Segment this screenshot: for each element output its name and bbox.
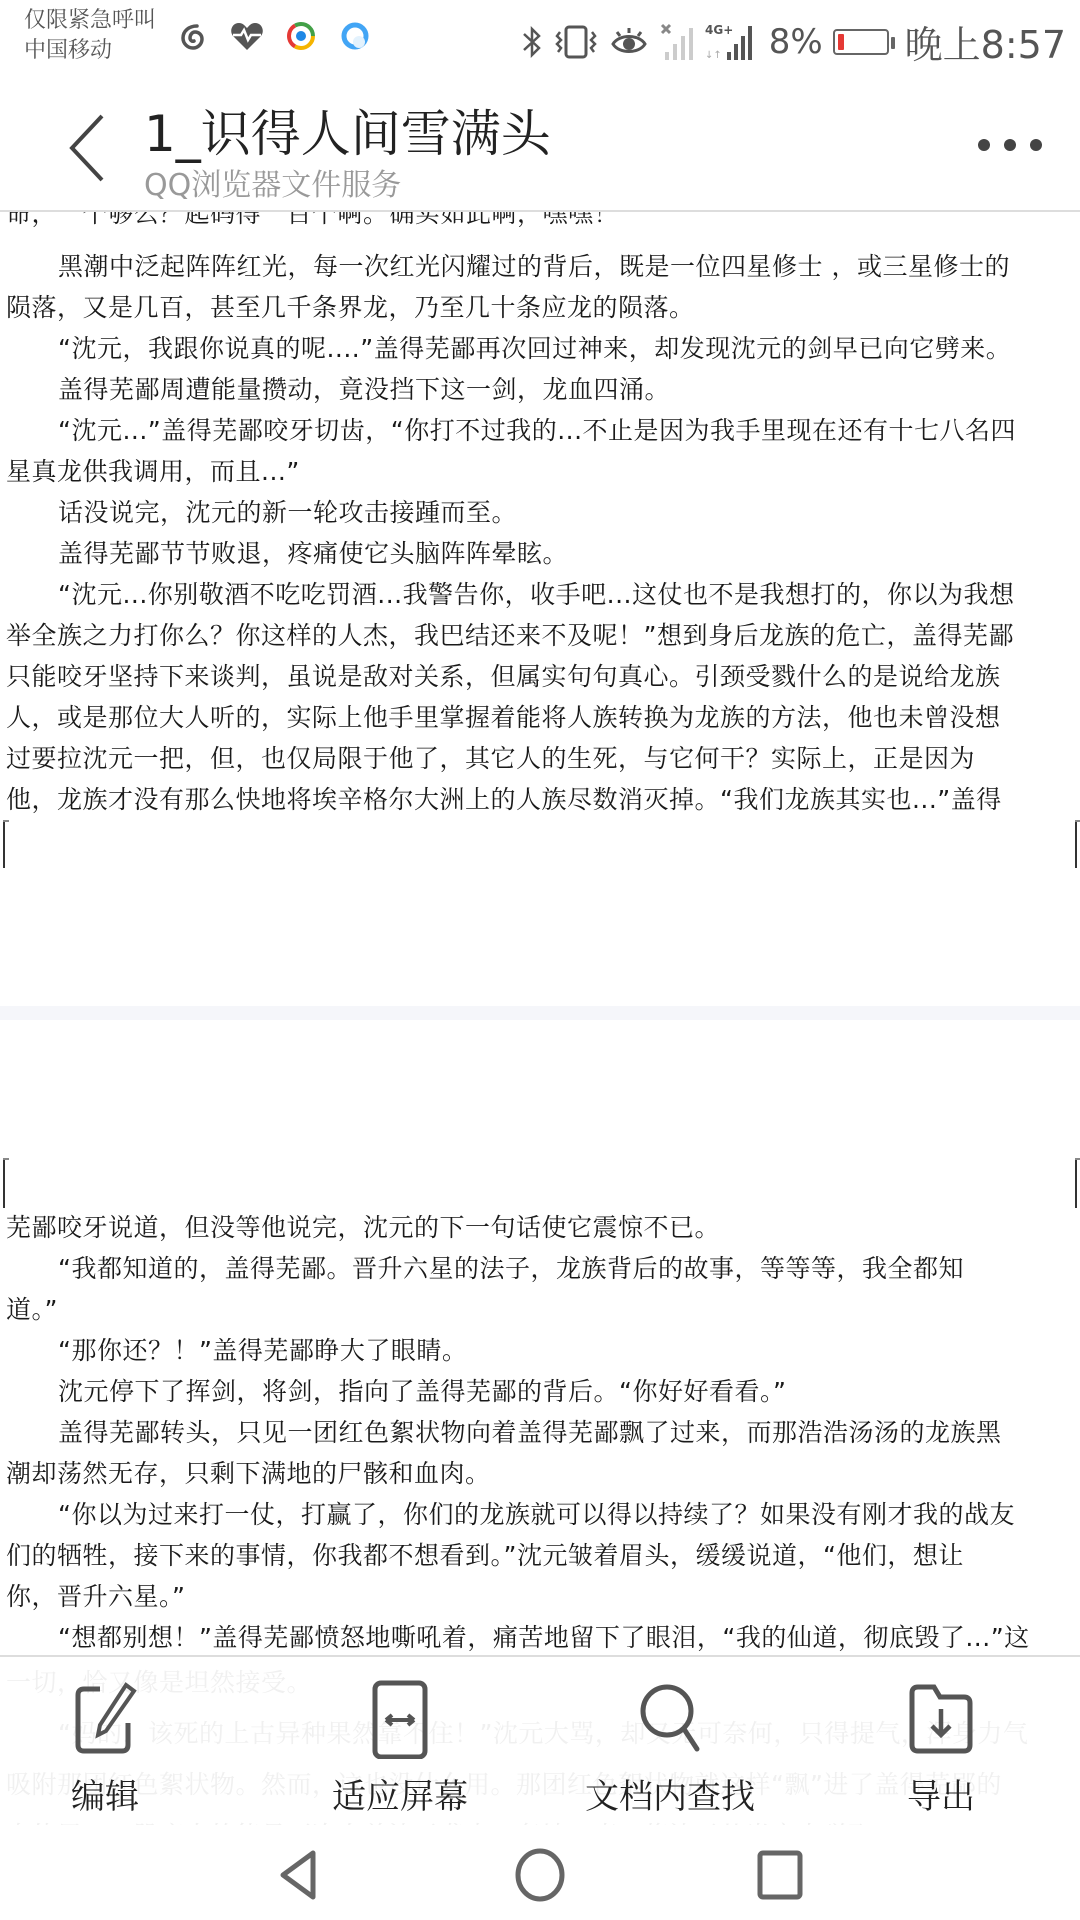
netease-music-icon (175, 18, 211, 54)
text-line: 沈元停下了挥剑，将剑，指向了盖得芜鄙的背后。“你好好看看。” (58, 1372, 786, 1412)
page-corner-mark (1075, 820, 1077, 868)
page-corner-mark (3, 1158, 5, 1208)
text-line: 盖得芜鄙转头，只见一团红色絮状物向着盖得芜鄙飘了过来，而那浩浩汤汤的龙族黑 (58, 1413, 1002, 1453)
text-line: 只能咬牙坚持下来谈判，虽说是敌对关系，但属实句句真心。引颈受戮什么的是说给龙族 (6, 657, 1001, 697)
text-line: 们的牺牲，接下来的事情，你我都不想看到。”沈元皱着眉头，缓缓说道，“他们，想让 (6, 1536, 964, 1576)
carrier-name: 中国移动 (24, 36, 156, 66)
nav-back-button[interactable] (270, 1845, 330, 1905)
text-line: “沈元...”盖得芜鄙咬牙切齿，“你打不过我的...不止是因为我手里现在还有十七… (58, 411, 1016, 451)
text-line: 他，龙族才没有那么快地将埃辛格尔大洲上的人族尽数消灭掉。“我们龙族其实也...”… (6, 780, 1002, 820)
page-corner-mark (3, 820, 5, 868)
battery-level (838, 34, 844, 50)
battery-icon (833, 29, 889, 55)
document-title: 1_识得人间雪满头 (144, 94, 551, 166)
edit-icon (70, 1679, 140, 1759)
text-line: 过要拉沈元一把，但，也仅局限于他了，其它人的生死，与它何干？实际上，正是因为 (6, 739, 975, 779)
find-in-document-label: 文档内查找 (585, 1769, 755, 1818)
text-line: 道。” (6, 1290, 58, 1330)
text-line: 潮却荡然无存，只剩下满地的尸骸和血肉。 (6, 1454, 491, 1494)
text-line: 盖得芜鄙周遭能量攒动，竟没挡下这一剑，龙血四涌。 (58, 370, 670, 410)
text-line: “想都别想！”盖得芜鄙愤怒地嘶吼着，痛苦地留下了眼泪，“我的仙道，彻底毁了...… (58, 1618, 1030, 1655)
search-icon (635, 1679, 705, 1759)
fit-screen-button[interactable]: 适应屏幕 (332, 1679, 468, 1818)
text-line: 人，或是那位大人听的，实际上他手里掌握着能将人族转换为龙族的方法，他也未曾没想 (6, 698, 1001, 738)
edit-label: 编辑 (71, 1769, 139, 1818)
vibrate-icon (553, 22, 599, 62)
qq-browser-icon (337, 18, 373, 54)
text-line: “沈元...你别敬酒不吃吃罚酒...我警告你，收手吧...这仗也不是我想打的，你… (58, 575, 1014, 615)
fit-screen-icon (370, 1679, 430, 1759)
text-line: 芜鄙咬牙说道，但没等他说完，沈元的下一句话使它震惊不已。 (6, 1208, 720, 1248)
recents-square-icon (752, 1847, 808, 1903)
document-source: QQ浏览器文件服务 (144, 160, 401, 204)
chevron-left-icon (62, 108, 112, 188)
battery-percent: 8% (769, 22, 823, 62)
more-dots-icon (978, 139, 990, 151)
nav-home-button[interactable] (510, 1845, 570, 1905)
back-button[interactable] (62, 108, 112, 188)
back-triangle-icon (275, 1847, 325, 1903)
more-options-button[interactable] (970, 130, 1050, 160)
notification-icons (175, 18, 373, 54)
eye-comfort-icon (609, 22, 649, 62)
more-dot (1030, 139, 1042, 151)
carrier-info: 仅限紧急呼叫 中国移动 (24, 6, 156, 66)
text-line: “我都知道的，盖得芜鄙。晋升六星的法子，龙族背后的故事，等等等，我全都知 (58, 1249, 964, 1289)
export-button[interactable]: 导出 (906, 1679, 976, 1818)
carrier-emergency-text: 仅限紧急呼叫 (24, 6, 156, 36)
export-icon (906, 1679, 976, 1759)
obscured-text-line: 一切，恰又像是坦然接受。 (6, 1663, 312, 1703)
health-icon (229, 18, 265, 54)
nav-recents-button[interactable] (750, 1845, 810, 1905)
document-viewer[interactable]: 命，一个够么？起码得一百个啊。”确实如此啊，嘿嘿！黑潮中泛起阵阵红光，每一次红光… (0, 212, 1080, 1655)
no-signal-icon (659, 22, 695, 62)
4g-plus-signal-icon: 4G+↓↑ (705, 22, 759, 62)
obscured-text-line: “妈的，该死的上古异种果然靠不住！”沈元大骂，却又无可奈何，只得提气，浑身力气 (58, 1714, 1028, 1754)
bottom-toolbar: 一切，恰又像是坦然接受。“妈的，该死的上古异种果然靠不住！”沈元大骂，却又无可奈… (0, 1655, 1080, 1825)
text-line: “沈元，我跟你说真的呢....”盖得芜鄙再次回过神来，却发现沈元的剑早已向它劈来… (58, 329, 1011, 369)
system-status: 4G+↓↑ 8% 晚上8:57 (521, 14, 1066, 69)
text-line: 话没说完，沈元的新一轮攻击接踵而至。 (58, 493, 517, 533)
qq-browser-alt-icon (283, 18, 319, 54)
app-header: 1_识得人间雪满头 QQ浏览器文件服务 (0, 80, 1080, 212)
system-nav-bar (0, 1825, 1080, 1920)
text-line: 命，一个够么？起码得一百个啊。”确实如此啊，嘿嘿！ (6, 212, 619, 234)
find-in-document-button[interactable]: 文档内查找 (585, 1679, 755, 1818)
text-line: “你以为过来打一仗，打赢了，你们的龙族就可以得以持续了？如果没有刚才我的战友 (58, 1495, 1015, 1535)
text-line: 你，晋升六星。” (6, 1577, 185, 1617)
text-line: 陨落，又是几百，甚至几千条界龙，乃至几十条应龙的陨落。 (6, 288, 695, 328)
page-corner-mark (1075, 1158, 1077, 1208)
home-circle-icon (512, 1847, 568, 1903)
text-line: “那你还？！”盖得芜鄙睁大了眼睛。 (58, 1331, 467, 1371)
svg-text:4G+: 4G+ (705, 23, 733, 37)
clock: 晚上8:57 (905, 14, 1066, 69)
export-label: 导出 (907, 1769, 975, 1818)
fit-screen-label: 适应屏幕 (332, 1769, 468, 1818)
bluetooth-icon (521, 22, 543, 62)
page-separator (0, 1006, 1080, 1020)
text-line: 星真龙供我调用，而且...” (6, 452, 300, 492)
obscured-text-line: 吸附那团红色絮状物。然而，这也没什么用。那团红色絮状物就这样“飘”进了盖得芜鄙的 (6, 1765, 1002, 1805)
svg-text:↓↑: ↓↑ (705, 50, 722, 61)
edit-button[interactable]: 编辑 (70, 1679, 140, 1818)
status-bar: 仅限紧急呼叫 中国移动 4G+↓↑ 8% 晚上8:57 (0, 0, 1080, 80)
text-line: 黑潮中泛起阵阵红光，每一次红光闪耀过的背后，既是一位四星修士 ，或三星修士的 (58, 247, 1010, 287)
text-line: 举全族之力打你么？你这样的人杰，我巴结还来不及呢！”想到身后龙族的危亡，盖得芜鄙 (6, 616, 1014, 656)
more-dot (1004, 139, 1016, 151)
text-line: 盖得芜鄙节节败退，疼痛使它头脑阵阵晕眩。 (58, 534, 568, 574)
